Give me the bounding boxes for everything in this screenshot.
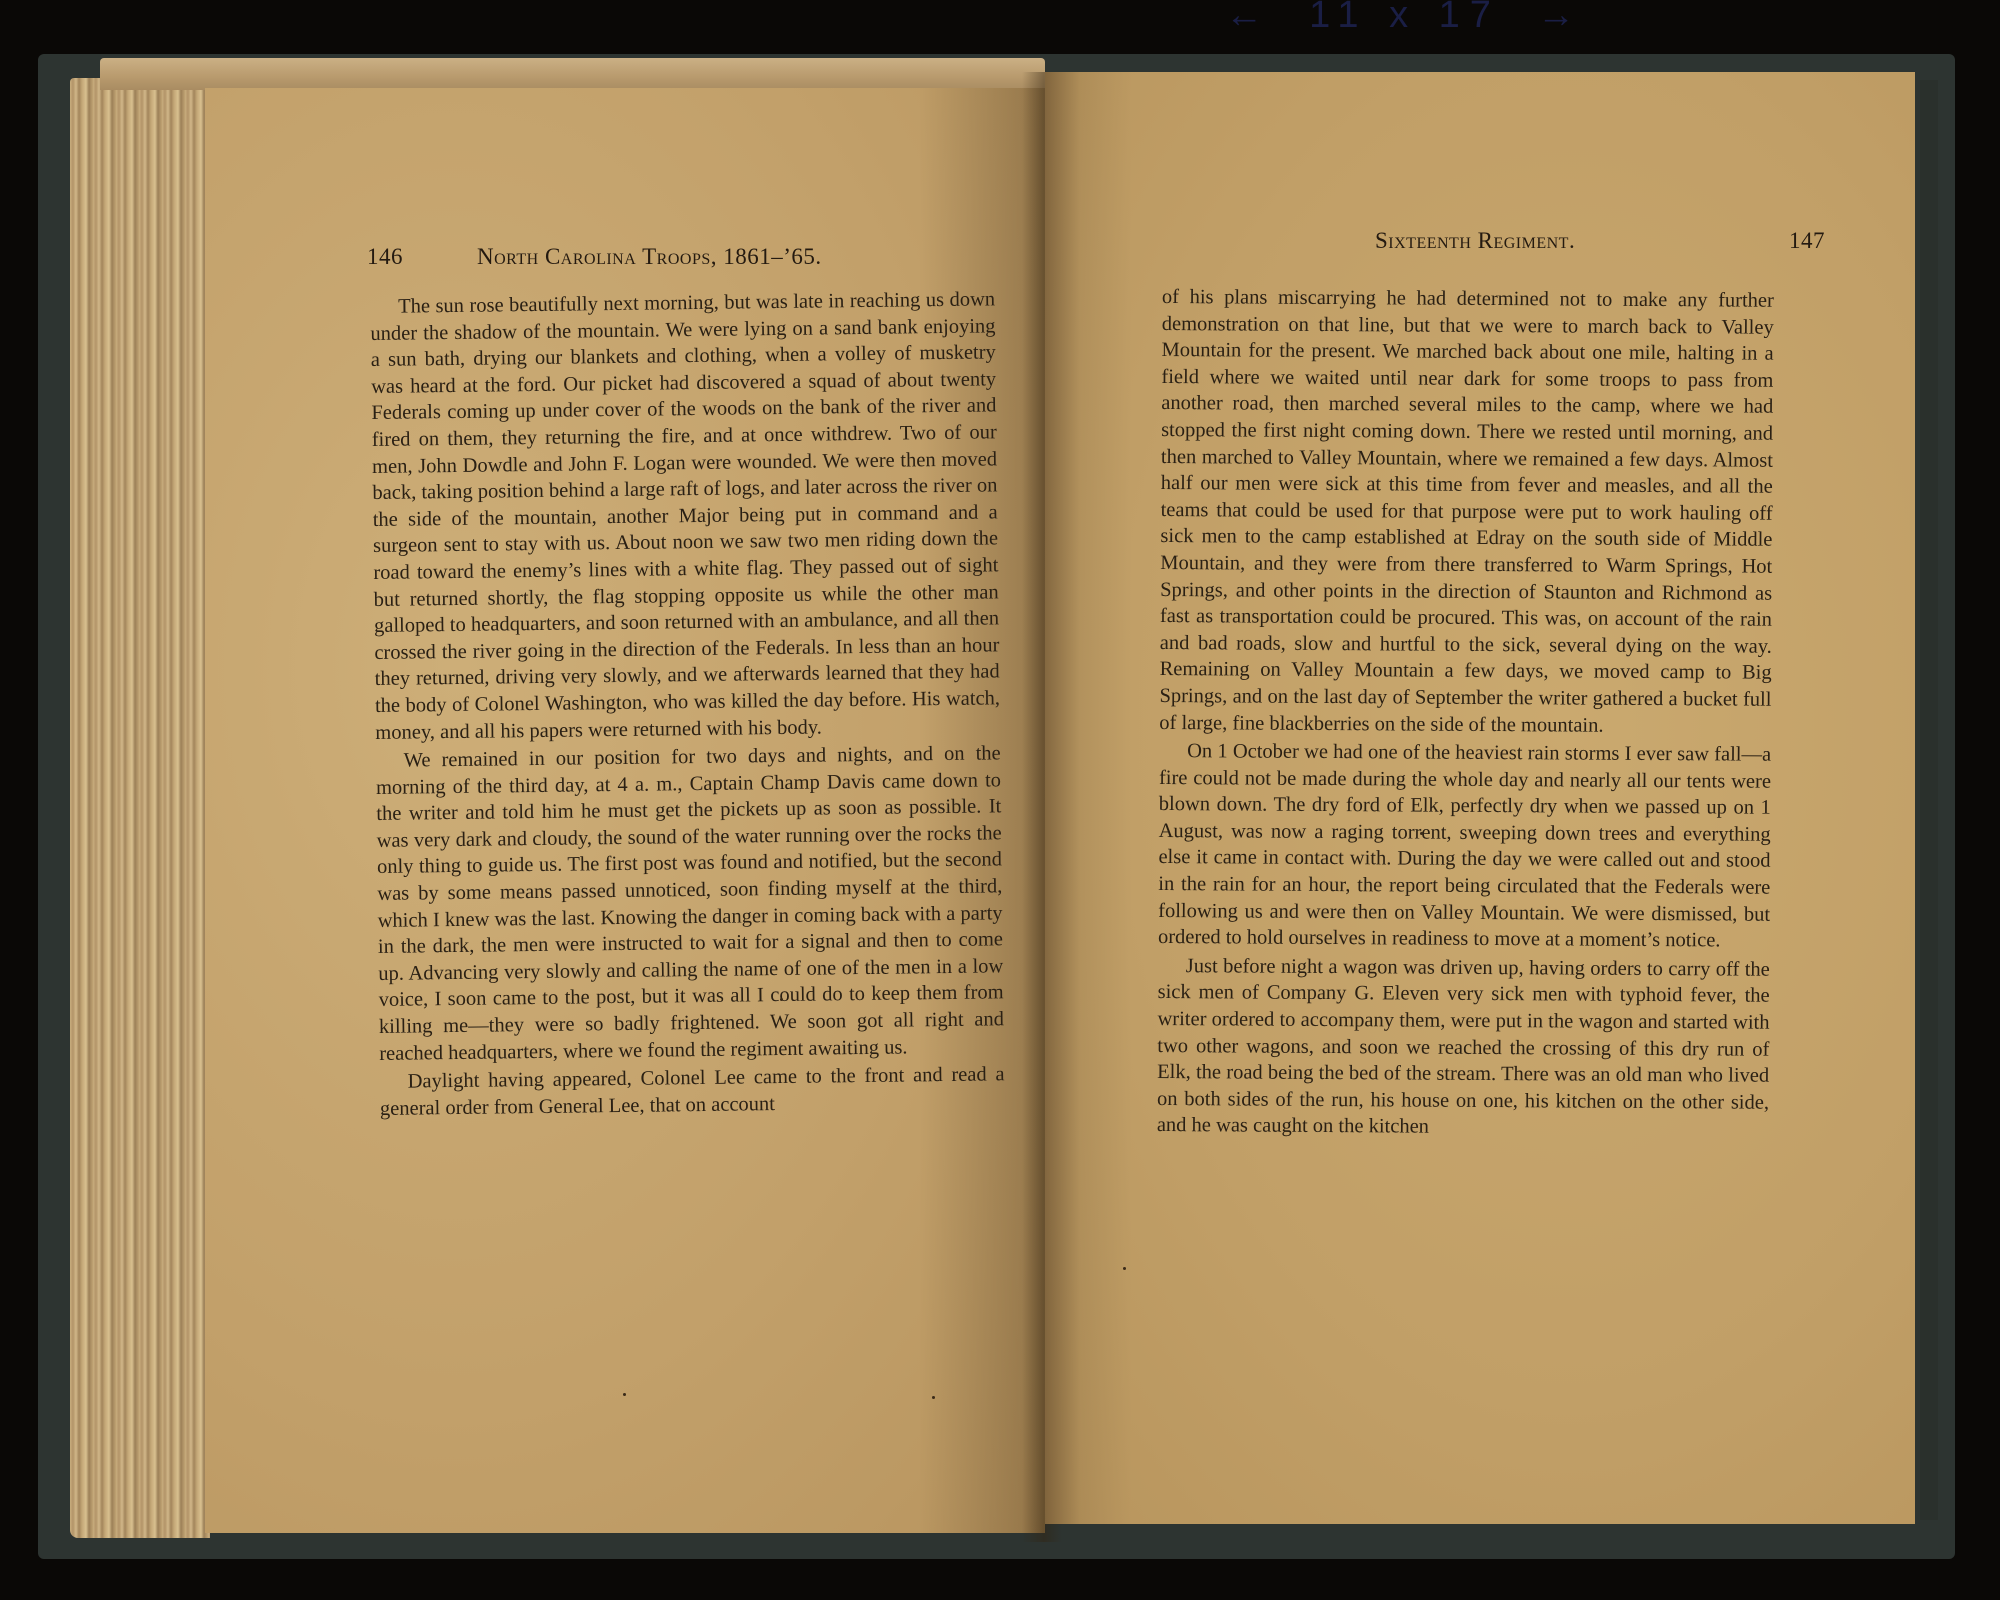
right-body-text: of his plans miscarrying he had determin… [1157, 284, 1774, 1145]
left-page: 146 North Carolina Troops, 1861–’65. The… [205, 88, 1045, 1533]
paper-speck [1123, 1267, 1126, 1270]
paper-speck [1420, 832, 1423, 835]
ruler-label: 11 x 17 [1309, 0, 1501, 30]
page-number: 147 [1789, 228, 1825, 254]
paragraph: On 1 October we had one of the heaviest … [1158, 738, 1771, 954]
running-head-title: North Carolina Troops, 1861–’65. [477, 244, 822, 270]
paragraph: We remained in our position for two days… [376, 740, 1005, 1067]
right-page: Sixteenth Regiment. 147 of his plans mis… [1045, 72, 1915, 1524]
page-stack-edge [70, 78, 210, 1538]
paper-speck [932, 1396, 935, 1399]
arrow-right-icon: → [1537, 0, 1585, 30]
book-cover-right-edge [1920, 80, 1938, 1520]
paragraph: Just before night a wagon was driven up,… [1157, 953, 1770, 1143]
left-body-text: The sun rose beautifully next morning, b… [370, 286, 1005, 1124]
paper-speck [623, 1393, 626, 1396]
right-running-head: Sixteenth Regiment. 147 [1375, 228, 1825, 254]
paper-speck [780, 998, 783, 1001]
running-head-title: Sixteenth Regiment. [1375, 228, 1575, 254]
page-number: 146 [367, 244, 477, 270]
scan-size-ruler: ← 11 x 17 → [1225, 0, 1585, 30]
paragraph: of his plans miscarrying he had determin… [1159, 284, 1774, 740]
paragraph: Daylight having appeared, Colonel Lee ca… [379, 1062, 1005, 1123]
arrow-left-icon: ← [1225, 0, 1273, 30]
paragraph: The sun rose beautifully next morning, b… [370, 286, 1000, 746]
page-stack-top [100, 58, 1045, 90]
left-running-head: 146 North Carolina Troops, 1861–’65. [367, 244, 1027, 270]
